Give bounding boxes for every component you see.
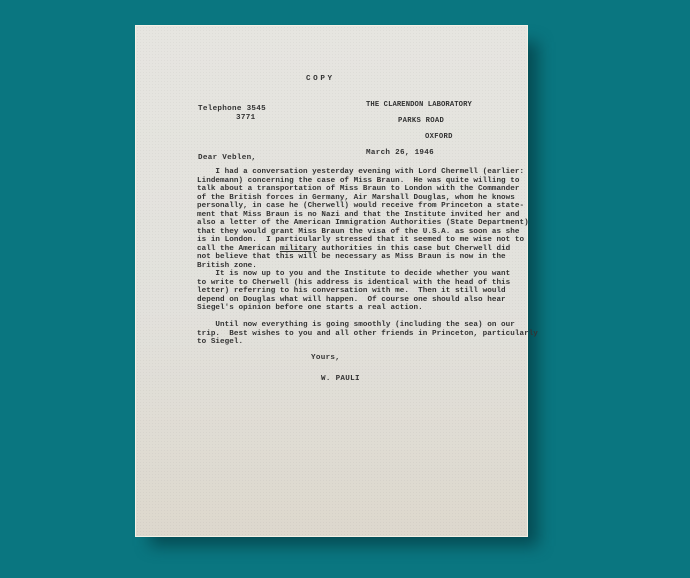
telephone-second-number: 3771 (236, 114, 255, 123)
paragraph-2: It is now up to you and the Institute to… (197, 270, 492, 313)
text-line: letter) referring to his conversation wi… (197, 287, 492, 296)
text-line: I had a conversation yesterday evening w… (197, 168, 492, 177)
paragraph-3: Until now everything is going smoothly (… (197, 321, 492, 347)
salutation: Dear Veblen, (198, 154, 256, 163)
text-line: British zone. (197, 262, 492, 271)
text-line: also a letter of the American Immigratio… (197, 219, 492, 228)
text-segment: authorities in this case but Cherwell di… (317, 245, 511, 253)
text-line: that they would grant Miss Braun the vis… (197, 228, 492, 237)
telephone-line: Telephone 3545 (198, 105, 266, 114)
paragraph-1: I had a conversation yesterday evening w… (197, 168, 492, 270)
text-line: ment that Miss Braun is no Nazi and that… (197, 211, 492, 220)
text-line: not believe that this will be necessary … (197, 253, 492, 262)
signature: W. PAULI (321, 375, 360, 384)
copy-heading: COPY (306, 75, 335, 84)
text-line: Lindemann) concerning the case of Miss B… (197, 177, 492, 186)
text-line-with-underline: call the American military authorities i… (197, 245, 492, 254)
text-line: to Siegel. (197, 338, 492, 347)
text-line: talk about a transportation of Miss Brau… (197, 185, 492, 194)
letter-page: COPY Telephone 3545 3771 THE CLARENDON L… (135, 25, 528, 537)
text-line: Siegel's opinion before one starts a rea… (197, 304, 492, 313)
text-line: It is now up to you and the Institute to… (197, 270, 492, 279)
text-segment: call the American (197, 245, 280, 253)
text-line: trip. Best wishes to you and all other f… (197, 330, 492, 339)
closing: Yours, (311, 354, 340, 363)
address-city: OXFORD (425, 133, 453, 142)
address-street: PARKS ROAD (398, 117, 444, 126)
text-line: to write to Cherwell (his address is ide… (197, 279, 492, 288)
text-line: of the British forces in Germany, Air Ma… (197, 194, 492, 203)
text-line: is in London. I particularly stressed th… (197, 236, 492, 245)
text-line: Until now everything is going smoothly (… (197, 321, 492, 330)
underlined-word: military (280, 245, 317, 253)
address-institution: THE CLARENDON LABORATORY (366, 101, 472, 110)
letter-date: March 26, 1946 (366, 149, 434, 158)
text-line: depend on Douglas what will happen. Of c… (197, 296, 492, 305)
text-line: personally, in case he (Cherwell) would … (197, 202, 492, 211)
